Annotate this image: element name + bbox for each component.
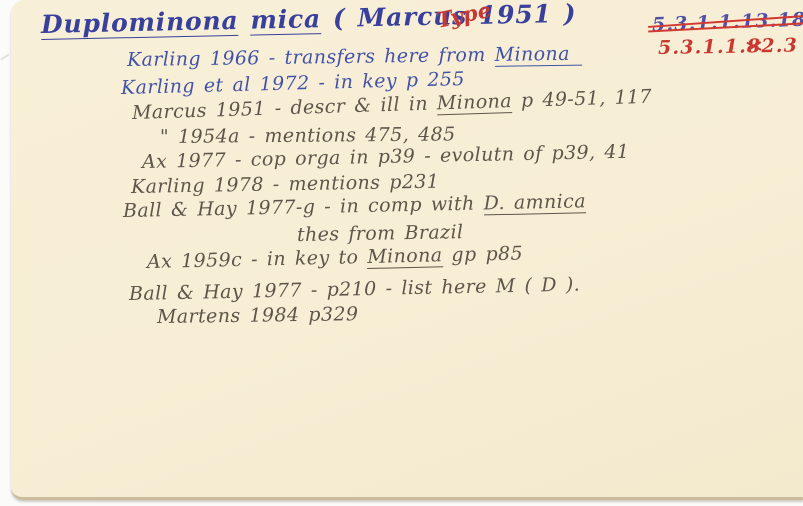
catalog-code-new: 5.3.1.1.82.3 (658, 35, 798, 59)
underlined-taxon: D. amnica (483, 190, 586, 215)
code-prefix: 5.3.1.1. (658, 35, 747, 59)
entry-text: Karling 1966 - transfers here from (127, 44, 495, 71)
catalog-code-old: 5.3.1.1.13.18 (652, 9, 803, 36)
underlined-taxon: Minona (495, 43, 582, 67)
scribbled-digit: 8 (747, 35, 762, 57)
entry-text: Ball & Hay 1977 - p210 - list here M ( D… (129, 274, 581, 305)
index-card: Duplominonamica( Marcus 1951 ) Type 5.3.… (11, 0, 803, 500)
underlined-taxon: Minona (436, 90, 512, 115)
reference-entry: " 1954a - mentions 475, 485 (160, 123, 456, 148)
species-title: Duplominonamica( Marcus 1951 ) (41, 0, 577, 39)
reference-entry: Karling 1966 - transfers here from Minon… (127, 43, 582, 71)
genus-name: Duplominona (41, 6, 239, 40)
reference-entry: thes from Brazil (297, 221, 464, 246)
code-suffix: 2.3 (761, 35, 798, 58)
entry-text: p 49-51, 117 (512, 86, 653, 112)
scanner-background: Duplominonamica( Marcus 1951 ) Type 5.3.… (0, 0, 803, 506)
entry-text: gp p85 (442, 242, 523, 266)
entry-text: Ax 1959c - in key to (147, 246, 368, 273)
scan-edge-artifact (0, 53, 9, 60)
underlined-taxon: Minona (367, 244, 443, 269)
entry-text: Martens 1984 p329 (157, 303, 359, 328)
species-name: mica (250, 4, 321, 35)
reference-entry: Ball & Hay 1977 - p210 - list here M ( D… (129, 274, 581, 305)
reference-entry: Martens 1984 p329 (157, 303, 359, 328)
reference-entry: Ax 1959c - in key to Minona gp p85 (147, 242, 523, 273)
entry-text: thes from Brazil (297, 221, 464, 246)
entry-text: " 1954a - mentions 475, 485 (160, 123, 456, 148)
struck-code: 5.3.1.1.13.18 (652, 9, 803, 36)
